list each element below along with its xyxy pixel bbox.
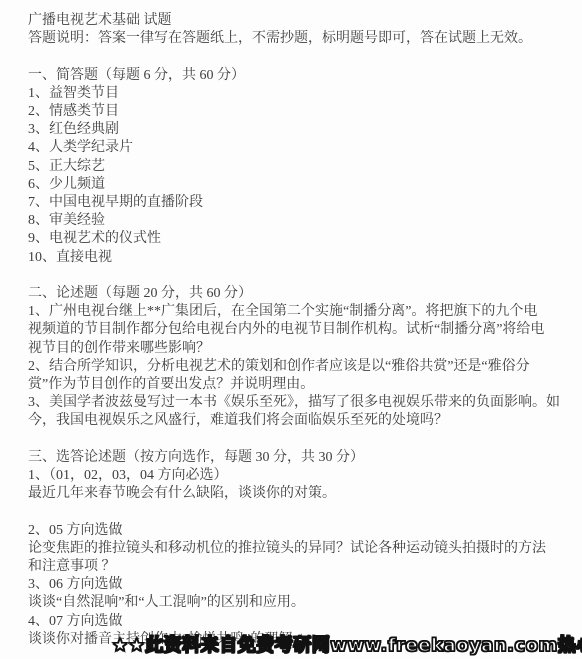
question-line: 4、人类学纪录片 <box>28 139 568 157</box>
section-heading: 三、选答论述题（按方向选作，每题 30 分，共 30 分） <box>28 449 568 467</box>
question-line: 8、审美经验 <box>28 212 568 230</box>
blank-line <box>28 267 568 285</box>
question-line-continued: 谈谈“自然混响”和“人工混响”的区别和应用。 <box>28 594 568 612</box>
question-line: 2、情感类节目 <box>28 103 568 121</box>
question-line: 3、美国学者波兹曼写过一本书《娱乐至死》，描写了很多电视娱乐带来的负面影响。如 <box>28 394 568 412</box>
question-line-continued: 和注意事项 ？ <box>28 558 568 576</box>
question-line-continued: 今，我国电视娱乐之风盛行，难道我们将会面临娱乐至死的处境吗？ <box>28 412 568 430</box>
question-line: 7、中国电视早期的直播阶段 <box>28 194 568 212</box>
question-line: 3、红色经典剧 <box>28 121 568 139</box>
question-line: 6、少儿频道 <box>28 176 568 194</box>
question-line: 3、06 方向选做 <box>28 576 568 594</box>
question-line: 1、（01，02，03，04 方向必选） <box>28 467 568 485</box>
exam-title: 广播电视艺术基础 试题 <box>28 12 568 30</box>
blank-line <box>28 48 568 66</box>
question-line: 4、07 方向选做 <box>28 613 568 631</box>
question-line: 9、电视艺术的仪式性 <box>28 230 568 248</box>
blank-line <box>28 503 568 521</box>
question-line: 5、正大综艺 <box>28 158 568 176</box>
question-line-continued: 视节目的创作带来哪些影响？ <box>28 340 568 358</box>
exam-page: 广播电视艺术基础 试题答题说明：答案一律写在答题纸上，不需抄题，标明题号即可，答… <box>0 0 582 659</box>
answer-instructions: 答题说明：答案一律写在答题纸上，不需抄题，标明题号即可，答在试题上无效。 <box>28 30 568 48</box>
question-line-continued: 赏”作为节目创作的首要出发点？并说明理由。 <box>28 376 568 394</box>
question-line: 10、直接电视 <box>28 249 568 267</box>
question-line-continued: 论变焦距的推拉镜头和移动机位的推拉镜头的异同？试论各种运动镜头拍摄时的方法 <box>28 540 568 558</box>
blank-line <box>28 431 568 449</box>
question-line: 1、广州电视台继上**广集团后，在全国第二个实施“制播分离”。将把旗下的九个电 <box>28 303 568 321</box>
section-heading: 一、简答题（每题 6 分，共 60 分） <box>28 67 568 85</box>
exam-document: 广播电视艺术基础 试题答题说明：答案一律写在答题纸上，不需抄题，标明题号即可，答… <box>28 12 568 649</box>
question-line: 2、05 方向选做 <box>28 522 568 540</box>
section-heading: 二、论述题（每题 20 分，共 60 分） <box>28 285 568 303</box>
question-line-continued: 视频道的节目制作都分包给电视台内外的电视节目制作机构。试析“制播分离”将给电 <box>28 321 568 339</box>
question-line: 1、益智类节目 <box>28 85 568 103</box>
question-line: 2、结合所学知识，分析电视艺术的策划和创作者应该是以“雅俗共赏”还是“雅俗分 <box>28 358 568 376</box>
question-line-continued: 最近几年来春节晚会有什么缺陷，谈谈你的对策。 <box>28 485 568 503</box>
freekaoyan-watermark: ★★此资料来自免费考研网www.freekaoyan.com热心网友提供★★ <box>112 631 582 657</box>
